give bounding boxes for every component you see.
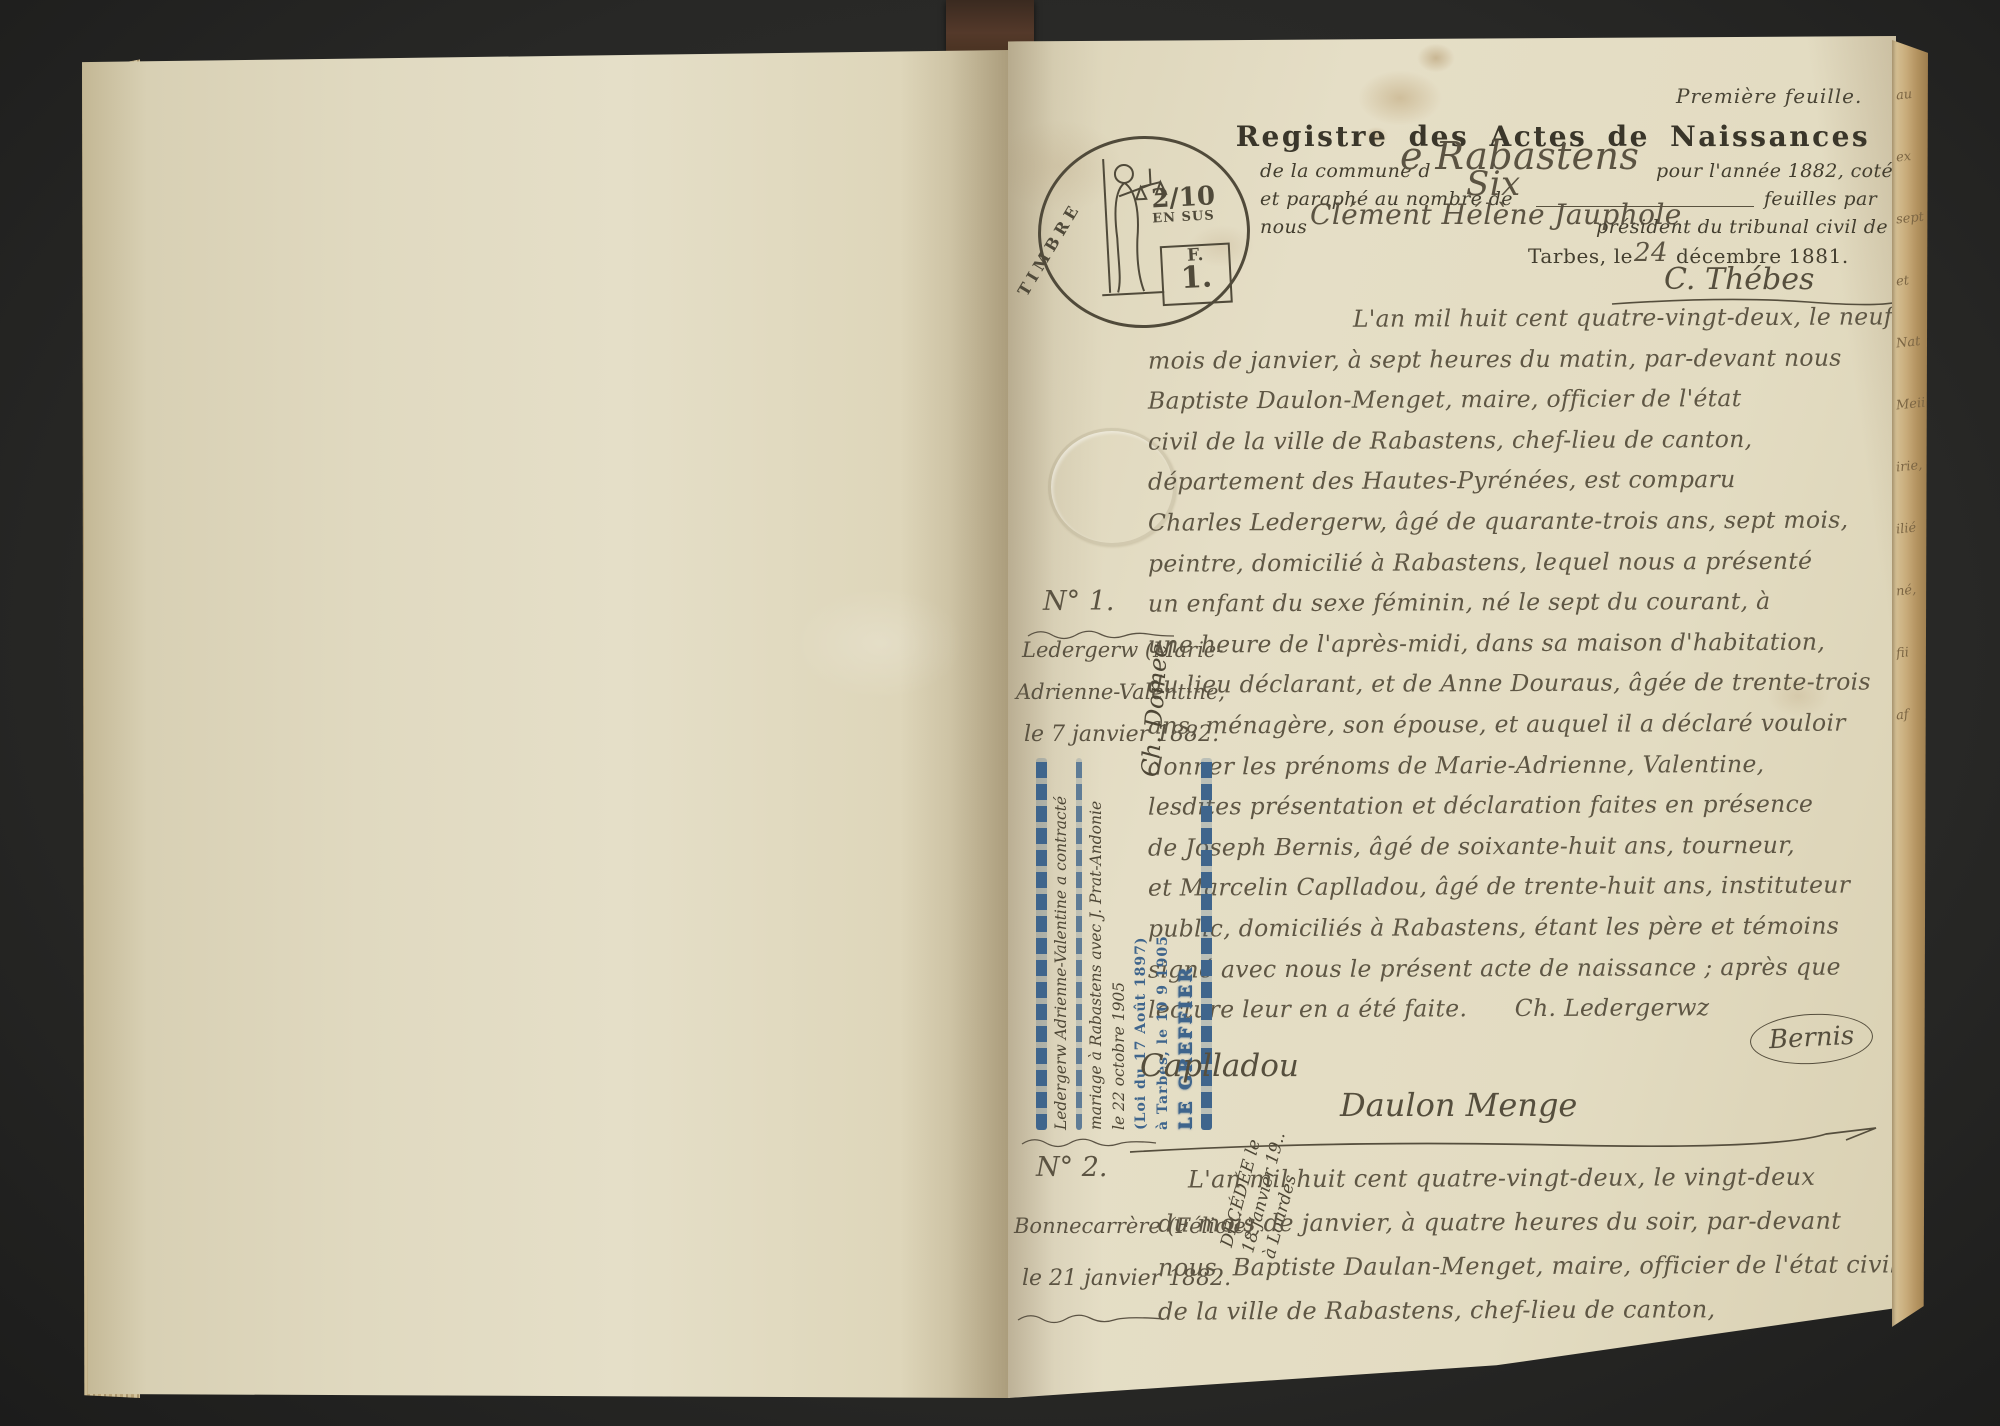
page-label: Première feuille. — [1676, 84, 1862, 108]
act1-line: signé avec nous le présent acte de naiss… — [1148, 952, 1903, 996]
act1-margin-number: N° 1. — [1043, 586, 1114, 617]
bleed-text-fragment: né, — [1895, 581, 1926, 599]
act1-line: de Joseph Bernis, âgé de soixante-huit a… — [1148, 830, 1903, 874]
act2-line: L'an mil huit cent quatre-vingt-deux, le… — [1158, 1162, 1913, 1209]
marriage-hand-line2: mariage à Rabastens avec J. Prat-Andonie — [1087, 758, 1105, 1130]
date-place: Tarbes, le — [1528, 244, 1633, 268]
act2-line: de la ville de Rabastens, chef-lieu de c… — [1158, 1294, 1913, 1341]
act1-line: ans, ménagère, son épouse, et auquel il … — [1148, 708, 1903, 752]
witness-signature-bernis: Bernis — [1749, 1011, 1875, 1067]
act1-line: Baptiste Daulon-Menget, maire, officier … — [1148, 384, 1903, 428]
bleed-text-fragment: ilié — [1895, 519, 1926, 537]
left-page-blank — [82, 50, 1010, 1398]
act1-line: lesdites présentation et déclaration fai… — [1148, 789, 1903, 833]
act1-line: civil de la ville de Rabastens, chef-lie… — [1148, 424, 1903, 468]
stamp-bar — [1076, 758, 1082, 1130]
act1-line: public, domiciliés à Rabastens, étant le… — [1148, 911, 1903, 955]
stamp-rate-sub: EN SUS — [1152, 209, 1216, 225]
act1-line: une heure de l'après-midi, dans sa maiso… — [1148, 627, 1903, 671]
right-page: Première feuille. TIMBRE 2/ — [1008, 36, 1896, 1398]
act1-line: du lieu déclarant, et de Anne Douraus, â… — [1148, 668, 1903, 712]
bleed-text-fragment: sept — [1895, 209, 1926, 227]
form-nous-label: nous — [1260, 216, 1307, 238]
witness-signature-caplladou: Caplladou — [1140, 1048, 1299, 1084]
act1-line: un enfant du sexe féminin, né le sept du… — [1148, 587, 1903, 631]
revenue-stamp-inner: TIMBRE 2/10 EN SUS — [1036, 134, 1251, 331]
act1-line: mois de janvier, à sept heures du matin,… — [1148, 343, 1903, 387]
act2-line: nous, Baptiste Daulan-Menget, maire, off… — [1158, 1250, 1913, 1297]
act1-line: département des Hautes-Pyrénées, est com… — [1148, 465, 1903, 509]
stamp-value: 1. — [1163, 263, 1230, 294]
bleed-text-fragment: Meii — [1895, 395, 1926, 413]
bleed-text-fragment: au — [1895, 85, 1926, 103]
margin-wavy-rule — [1020, 1136, 1160, 1148]
stamp-value-box: F. 1. — [1160, 243, 1233, 307]
scanned-register-photo: Première feuille. TIMBRE 2/ — [0, 0, 2000, 1426]
bleed-text-fragment: irie, — [1895, 457, 1926, 475]
form-sheets-suffix: feuilles par — [1764, 188, 1877, 210]
act1-text: L'an mil huit cent quatre-vingt-deux, le… — [1148, 304, 1903, 1035]
revenue-stamp: TIMBRE 2/10 EN SUS — [1033, 131, 1255, 334]
act1-line: L'an mil huit cent quatre-vingt-deux, le… — [1148, 302, 1903, 346]
bleed-text-fragment: et — [1895, 271, 1926, 289]
act1-line: et Marcelin Caplladou, âgé de trente-hui… — [1148, 871, 1903, 915]
act2-line: du mois de janvier, à quatre heures du s… — [1158, 1206, 1913, 1253]
margin-wavy-rule — [1016, 1312, 1166, 1324]
bleed-text-fragment: fii — [1895, 643, 1926, 661]
witness-signature-bernis-wrap: Bernis — [1750, 1014, 1873, 1064]
act1-line: Charles Ledergerw, âgé de quarante-trois… — [1148, 505, 1903, 549]
bleed-text-fragment: ex — [1895, 147, 1926, 165]
right-page-fold-edge: auexseptetNatMeiiirie,iliéné,fiiaf — [1892, 40, 1928, 1332]
bleed-text-fragment: Nat — [1895, 333, 1926, 351]
marriage-hand-line1: Ledergerw Adrienne-Valentine a contracté — [1052, 758, 1070, 1130]
act1-line: donner les prénoms de Marie-Adrienne, Va… — [1148, 749, 1903, 793]
act1-line: peintre, domicilié à Rabastens, lequel n… — [1148, 546, 1903, 590]
marriage-hand-line3: le 22 octobre 1905 — [1110, 758, 1128, 1130]
stamp-bar — [1036, 758, 1047, 1130]
act2-text: L'an mil huit cent quatre-vingt-deux, le… — [1158, 1164, 1913, 1340]
bleed-text-fragment: af — [1895, 705, 1926, 723]
mayor-signature-flourish — [1126, 1124, 1896, 1158]
stamp-rate: 2/10 EN SUS — [1151, 183, 1217, 225]
date-day-handwritten: 24 — [1634, 238, 1668, 268]
form-year-label: pour l'année 1882, coté — [1656, 160, 1893, 182]
mayor-signature: Daulon Menge — [1340, 1086, 1577, 1124]
act2-margin-number: N° 2. — [1036, 1152, 1107, 1183]
president-signature: C. Thébes — [1664, 262, 1814, 297]
